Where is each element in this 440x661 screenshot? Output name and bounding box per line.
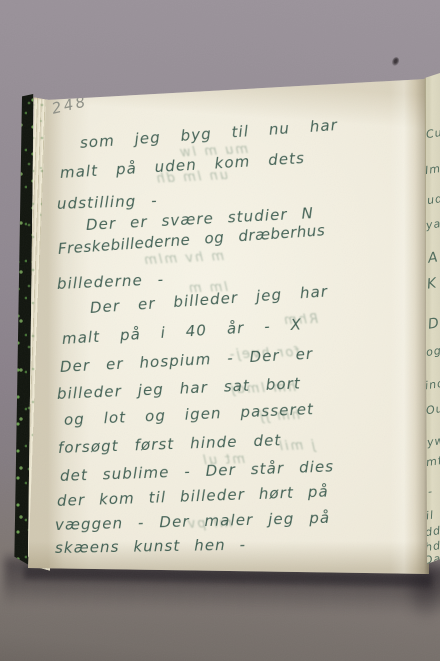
page-fragment: A [427,250,439,265]
page-fragment: ud [426,193,440,206]
page-fragment: Cu [425,127,440,140]
page-fragment: Ou [425,403,440,416]
ink-showthrough: j mil [277,439,315,453]
handwriting-line: væggen - Der maler jeg på [55,511,331,533]
notebook-page: 248 mu m lw un lm dh m hv mlm lm m Rhm f… [0,0,440,661]
page-fragment: - [427,486,433,498]
page-fragment: ya [425,218,440,231]
notebook-photo: 248 mu m lw un lm dh m hv mlm lm m Rhm f… [0,0,440,661]
page-fragment: og [425,345,440,358]
handwriting-line: Der er hospium - Der er [60,347,314,375]
handwriting-line: malt på i 40 år - X [62,317,303,347]
handwriting-line: der kom til billeder hørt på [57,485,329,509]
page-fragment: D [427,316,440,332]
handwriting-line: det sublime - Der står dies [60,459,335,484]
handwriting-line: og lot og igen passeret [64,402,315,428]
page-number: 248 [50,92,89,118]
handwriting-line: udstilling - [57,193,158,212]
page-fragment: Im [424,163,440,176]
surface-speck [390,56,400,67]
page-fragment: mf [425,455,440,468]
handwriting-line: billederne - [57,272,165,292]
page-fragment: yw [426,435,440,448]
handwriting-line: skæens kunst hen - [55,538,246,556]
page-fragment: ind [424,378,440,392]
ink-showthrough: m hv mlm [142,250,224,267]
handwriting-line: forsøgt først hinde det [58,433,282,456]
handwriting-line: billeder jeg har sat bort [57,376,302,402]
page-fragment: K [426,276,438,291]
